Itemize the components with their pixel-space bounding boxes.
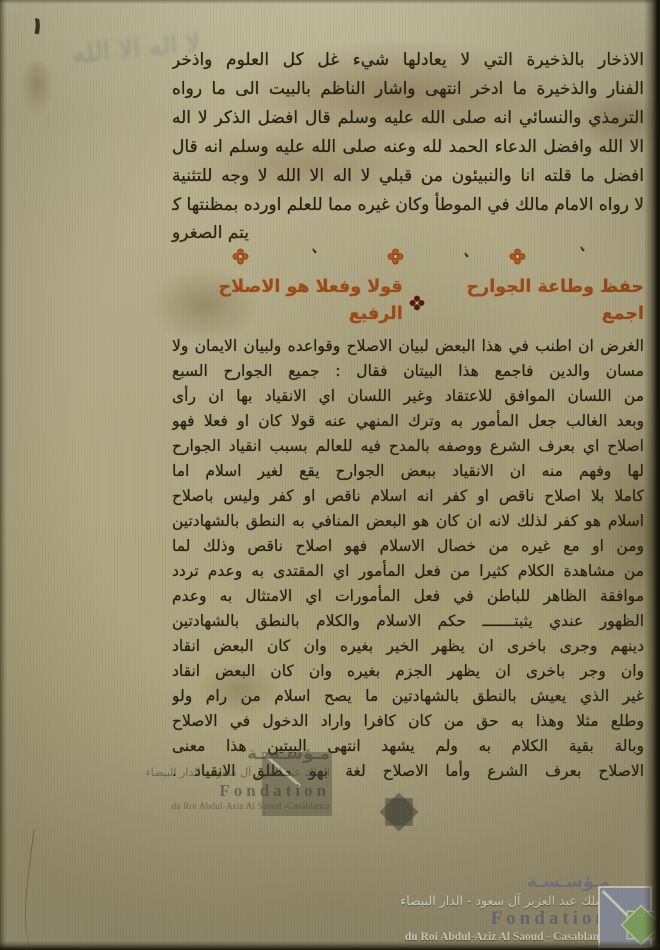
manuscript-text-line: من اللسان الموافق للاعتقاد وغير اللسان ا… [172,384,644,409]
quatrefoil-ornament-icon [387,248,404,265]
manuscript-text-line: ومن او مع غيره من خصال الاسلام فهو اصلاح… [172,534,644,559]
manuscript-text-line: غير الذي يعيش بالنطق بالشهادتين ما يصح ا… [172,684,644,709]
folio-number: ١ [27,11,47,41]
foundation-watermark-stamp: مـؤسـسـة الملك عبد العزيز آل سعود - الدا… [95,744,430,844]
scan-bottom-edge [0,941,660,950]
manuscript-text-line: الاذخار بالذخيرة التي لا يعادلها شيء غل … [172,46,644,75]
margin-smudge [20,62,54,117]
manuscript-text-line: الفنار والذخيرة ما ادخر انتهى واشار النا… [172,75,644,104]
manuscript-text-line: الغرض ان اطنب في هذا البعض لبيان الاصلاح… [172,334,644,359]
paragraph-1: الاذخار بالذخيرة التي لا يعادلها شيء غل … [172,46,644,220]
paper-crease [19,829,58,950]
scan-top-edge [0,0,660,4]
ornament-row: ، ، ، [172,246,644,272]
manuscript-text-line: الا الله وافضل الدعاء الحمد لله وعنه صلى… [172,133,644,162]
manuscript-text-line: الظهور عندي يثبتـــــــ حكم الاسلام والك… [172,609,644,634]
manuscript-text-line: لا رواه الامام مالك في الموطأ وكان غيره … [172,191,644,220]
stamp-french-name: Fondation [219,781,330,801]
quatrefoil-ornament-icon [232,248,249,265]
manuscript-text-line: الترمذي والنسائي انه صلى الله عليه وسلم … [172,104,644,133]
verse-divider-icon [409,293,425,309]
manuscript-text-line: لها وفهم منه ان الانقياد ببعض الجوارح يق… [172,459,644,484]
paragraph-2: الغرض ان اطنب في هذا البعض لبيان الاصلاح… [172,334,644,784]
manuscript-page-scan: لا اله الا الله ١ الاذخار بالذخيرة التي … [0,0,660,950]
manuscript-text-block: الاذخار بالذخيرة التي لا يعادلها شيء غل … [172,46,644,784]
verse-hemistich-2: قولا وفعلا هو الاصلاح الرفيع [172,274,403,328]
manuscript-text-line: مسان والدين فاجمع هذا البيتان فقال : جمي… [172,359,644,384]
ink-comma-mark: ، [452,244,474,262]
manuscript-text-line: اصلاح اي بعرف الشرع ووصفه بالمدح فيه للع… [172,434,644,459]
verse-hemistich-1: حفظ وطاعة الجوارح اجمع [431,274,644,328]
stamp-arabic-name: مـؤسـسـة [247,744,330,764]
binding-gutter-edge [644,0,660,950]
logo-arabic-org: الملك عبد العزيز آل سعود - الدار البيضاء [400,893,610,908]
manuscript-text-line: كاملا بلا اصلاح ناقص او كفر انه اسلام نا… [172,484,644,509]
rubricated-verse: حفظ وطاعة الجوارح اجمع قولا وفعلا هو الا… [172,274,644,328]
manuscript-text-line: اسلام هو كفر لذلك لانه ان كان هو البعض ا… [172,509,644,534]
manuscript-text-line: افضل ما قلته انا والنبيئون من قبلي لا ال… [172,162,644,191]
logo-french-name: Fondation [491,908,610,930]
quatrefoil-ornament-icon [509,248,526,265]
manuscript-text-line: وطلع مثلا وهذا به حق من كان كافرا واراد … [172,709,644,734]
foundation-star-icon [375,788,423,836]
manuscript-text-line: وان وجر باخرى ان يظهر الجزم بغيره وان كا… [172,659,644,684]
manuscript-text-line: موافقة الظاهر للباطن في فعل المأمورات اي… [172,584,644,609]
torn-left-edge [0,0,7,950]
stamp-arabic-org: الملك عبد العزيز آل سعود - الدار البيضاء [145,766,330,779]
manuscript-text-line: دينهم وجرى باخرى ان يظهر الخير بغيره وان… [172,634,644,659]
stamp-french-org: du Roi Abdul-Aziz Al Saoud -Casablanca [171,802,330,812]
manuscript-text-line: وبعد الغالب جعل المأمور به وترك المنهي ع… [172,409,644,434]
manuscript-text-line: من مشاهدة الكلام كثيرا من فعل المأمور اي… [172,559,644,584]
foundation-logo-color: مـؤسـسـة الملك عبد العزيز آل سعود - الدا… [388,872,660,950]
